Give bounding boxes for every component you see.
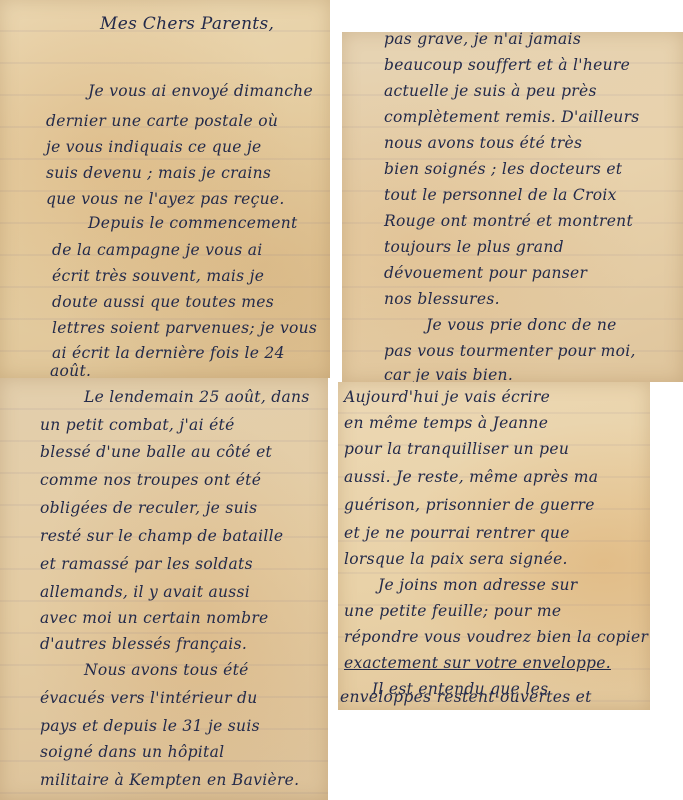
text-line: Je joins mon adresse sur (378, 576, 578, 594)
salutation: Mes Chers Parents, (100, 14, 274, 34)
text-line: comme nos troupes ont été (40, 471, 261, 489)
text-line: beaucoup souffert et à l'heure (384, 56, 630, 74)
text-line: Je vous prie donc de ne (426, 316, 617, 334)
text-line: et ramassé par les soldats (40, 555, 253, 573)
text-line: évacués vers l'intérieur du (40, 689, 258, 707)
text-line: bien soignés ; les docteurs et (384, 160, 622, 178)
text-line: Le lendemain 25 août, dans (84, 388, 310, 406)
text-line: une petite feuille; pour me (344, 602, 561, 620)
text-line: et je ne pourrai rentrer que (344, 524, 570, 542)
text-line: pour la tranquilliser un peu (344, 440, 569, 458)
text-line: Rouge ont montré et montrent (384, 212, 633, 230)
text-line: écrit très souvent, mais je (52, 267, 264, 285)
text-line: complètement remis. D'ailleurs (384, 108, 640, 126)
letter-page-2-top: pas grave, je n'ai jamais beaucoup souff… (342, 32, 683, 382)
text-line: allemands, il y avait aussi (40, 583, 250, 601)
text-line: militaire à Kempten en Bavière. (40, 771, 299, 789)
text-line: toujours le plus grand (384, 238, 564, 256)
text-line: je vous indiquais ce que je (46, 138, 262, 156)
text-line: lorsque la paix sera signée. (344, 550, 568, 568)
text-line: tout le personnel de la Croix (384, 186, 617, 204)
text-line: que vous ne l'ayez pas reçue. (46, 190, 285, 208)
text-line: Aujourd'hui je vais écrire (344, 388, 550, 406)
text-line: exactement sur votre enveloppe. (344, 654, 611, 672)
text-line: resté sur le champ de bataille (40, 527, 283, 545)
text-line: doute aussi que toutes mes (52, 293, 274, 311)
text-line: Nous avons tous été (84, 661, 249, 679)
letter-page-2-bottom: Aujourd'hui je vais écrire en même temps… (338, 382, 650, 710)
text-line: août. (50, 362, 91, 380)
text-line: pas vous tourmenter pour moi, (384, 342, 636, 360)
text-line: avec moi un certain nombre (40, 609, 269, 627)
text-line: aussi. Je reste, même après ma (344, 468, 598, 486)
text-line: de la campagne je vous ai (52, 241, 263, 259)
text-line: lettres soient parvenues; je vous (52, 319, 317, 337)
text-line: un petit combat, j'ai été (40, 416, 235, 434)
text-line: Je vous ai envoyé dimanche (88, 82, 313, 100)
text-line: dernier une carte postale où (46, 112, 278, 130)
text-line: nous avons tous été très (384, 134, 582, 152)
text-line: pays et depuis le 31 je suis (40, 717, 260, 735)
letter-page-1-bottom: août. Le lendemain 25 août, dans un peti… (0, 378, 328, 800)
letter-page-1-top: Mes Chers Parents, Je vous ai envoyé dim… (0, 0, 330, 378)
text-line: dévouement pour panser (384, 264, 587, 282)
text-line: en même temps à Jeanne (344, 414, 548, 432)
text-line: guérison, prisonnier de guerre (344, 496, 595, 514)
text-line: soigné dans un hôpital (40, 743, 224, 761)
text-line: ai écrit la dernière fois le 24 (52, 344, 285, 362)
text-line: d'autres blessés français. (40, 635, 247, 653)
text-line: blessé d'une balle au côté et (40, 443, 272, 461)
text-line: enveloppes restent ouvertes et (340, 688, 592, 706)
text-line: Depuis le commencement (88, 214, 298, 232)
text-line: nos blessures. (384, 290, 500, 308)
text-line: pas grave, je n'ai jamais (384, 30, 581, 48)
text-line: suis devenu ; mais je crains (46, 164, 271, 182)
text-line: obligées de reculer, je suis (40, 499, 257, 517)
text-line: actuelle je suis à peu près (384, 82, 597, 100)
text-line: répondre vous voudrez bien la copier (344, 628, 648, 646)
